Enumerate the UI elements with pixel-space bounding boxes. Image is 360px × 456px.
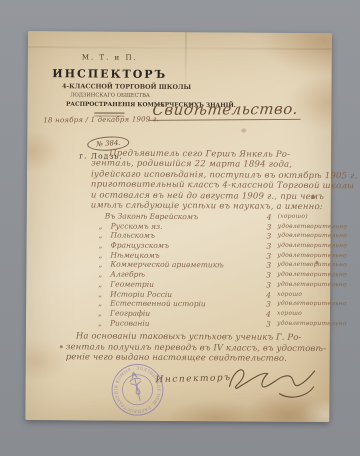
grade-number: 3 [266,280,271,289]
grade-number: 3 [266,271,271,280]
letterhead-title: ИНСПЕКТОРЪ [42,67,178,81]
grade-number: 3 [267,222,272,231]
grade-word: хорошо [277,310,302,317]
document-page: М. Т. и П. ИНСПЕКТОРЪ 4-КЛАССНОЙ ТОРГОВО… [25,31,332,422]
ditto-mark: „ [98,318,102,327]
photo-backdrop: М. Т. и П. ИНСПЕКТОРЪ 4-КЛАССНОЙ ТОРГОВО… [0,0,360,456]
grade-subject: Исторіи Россіи [110,289,172,298]
grade-word: удовлетворительно [277,300,347,307]
grade-word: удовлетворительно [277,319,347,326]
grade-subject: Польскомъ [111,231,155,240]
grade-number: 3 [266,319,271,328]
ditto-mark: „ [98,299,102,308]
ministry-abbreviation: М. Т. и П. [42,53,178,62]
paper-crease [28,46,332,50]
grade-word: хорошо [277,290,302,297]
ditto-mark: „ [98,289,102,298]
ditto-mark: „ [98,260,102,269]
grade-subject: Естественной исторіи [110,299,206,309]
grade-word: удовлетворительно [277,281,347,288]
grade-number: 4 [266,310,271,319]
body-paragraph: Предъявитель сего Гершъ Янкель Ро-зентал… [91,148,335,212]
grade-subject: Рисованіи [110,318,150,327]
grade-word: удовлетворительно [277,251,347,258]
grades-list: Въ Законѣ Еврейскомъ4(хорошо)„Русскомъ я… [90,211,331,329]
grade-row: „Рисованіи3удовлетворительно [90,318,330,329]
grade-number: 3 [267,232,272,241]
paper-stain [60,345,63,348]
grade-word: удовлетворительно [278,232,348,239]
grade-subject: Коммерческой ариѳметикѣ [110,260,224,270]
inspector-signature [221,358,319,405]
letterhead-society-line: ЛОДЗИНСКАГО ОБЩЕСТВА [70,92,149,98]
ditto-mark: „ [98,250,102,259]
ditto-mark: „ [98,279,102,288]
grade-word: удовлетворительно [277,242,347,249]
grade-number: 4 [266,290,271,299]
letterhead-society-line2: РАСПРОСТРАНЕНІЯ КОММЕРЧЕСКИХЪ ЗНАНІЙ. [66,101,153,108]
paper-stain [241,128,246,132]
grade-subject: Русскомъ яз. [111,221,163,230]
grade-subject: Геометріи [110,279,154,288]
grade-number: 3 [266,300,271,309]
ditto-mark: „ [98,270,102,279]
grade-number: 4 [267,213,272,222]
grade-word: удовлетворительно [278,222,348,229]
ditto-mark: „ [98,308,102,317]
grade-subject: Въ Законѣ Еврейскомъ [105,212,198,222]
grade-word: (хорошо) [278,213,308,220]
letterhead-school-line: 4-КЛАССНОЙ ТОРГОВОЙ ШКОЛЫ [62,83,157,91]
grade-word: удовлетворительно [277,261,347,268]
grade-word: удовлетворительно [277,271,347,278]
grade-subject: Французскомъ [110,241,169,250]
grade-number: 3 [266,242,271,251]
ditto-mark: „ [99,231,103,240]
grade-number: 3 [266,261,271,270]
grade-subject: Географіи [110,308,150,317]
document-title: Свидѣтельство. [148,100,302,121]
grade-subject: Алгебрѣ [110,270,145,279]
grade-number: 3 [266,251,271,260]
ditto-mark: „ [99,221,103,230]
ditto-mark: „ [98,241,102,250]
grade-subject: Нѣмецкомъ [110,250,159,259]
